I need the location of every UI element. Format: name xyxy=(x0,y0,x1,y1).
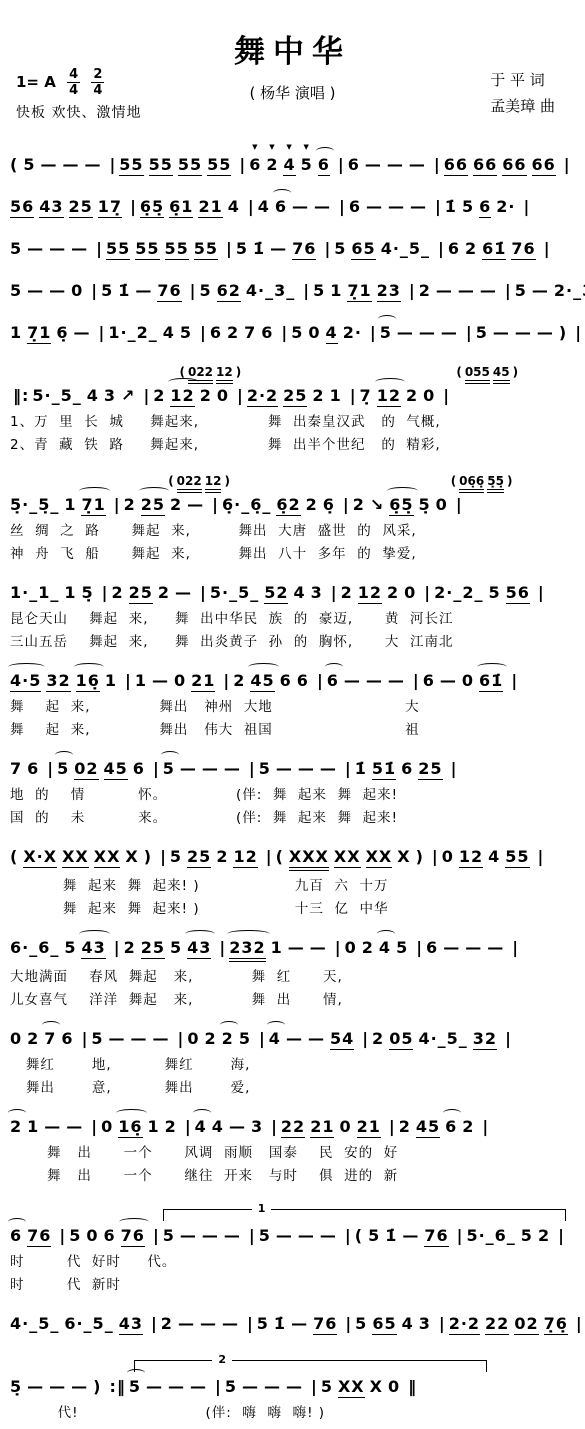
barline: | xyxy=(200,323,207,342)
music-line: 0276|5———|0225|4——54|2054·_5_32| xyxy=(10,1029,575,1050)
note: 12 xyxy=(233,847,257,868)
dash: — xyxy=(292,197,309,216)
note: 21 xyxy=(198,197,222,218)
barline: | xyxy=(350,386,357,405)
percussion-note: X xyxy=(125,847,138,866)
note: 06̣6̣ xyxy=(459,474,484,493)
lyric-line: 儿女喜气 洋洋 舞起 来, 舞 出 情, xyxy=(10,988,575,1008)
note: 0 xyxy=(217,386,229,405)
dash: — xyxy=(308,1029,325,1048)
barline: | xyxy=(439,1314,446,1333)
lyric-line: 2、青 藏 铁 路 舞起来, 舞 出半个世纪 的 精彩, xyxy=(10,433,575,453)
dash: — xyxy=(397,323,414,342)
note: 6 xyxy=(448,239,460,258)
note: 3 xyxy=(311,583,323,602)
barline: | xyxy=(125,671,132,690)
barline: | xyxy=(443,386,450,405)
note: 4 xyxy=(228,197,240,216)
note: 66 xyxy=(444,155,468,176)
barline: | xyxy=(239,155,246,174)
note: 23 xyxy=(377,281,401,302)
dash: — xyxy=(224,1226,241,1245)
note: 5 xyxy=(69,1226,81,1245)
note: 0 xyxy=(436,495,448,514)
note: 4 xyxy=(402,1314,414,1333)
note: 4·5 xyxy=(10,671,41,692)
note: 6 xyxy=(133,759,145,778)
lyric-line: 地 的 情 怀。 (伴: 舞 起来 舞 起来! xyxy=(10,783,575,803)
note: 7 xyxy=(10,759,22,778)
barline: | xyxy=(259,1029,266,1048)
note: 56 xyxy=(506,583,530,604)
note: 6 xyxy=(479,197,491,218)
barline: | xyxy=(435,197,442,216)
music-line: 5———|55555555|51̇—76|5654·_5_|6261̇76| xyxy=(10,239,575,260)
note: 43 xyxy=(119,1314,143,1335)
header: 舞中华 1= A 44 24 快板 欢快、激情地 ( 杨华 演唱 ) 于 平 词… xyxy=(10,6,575,134)
music-line: 676|50676|5———|5———|(51̇—76|5·_6_52| xyxy=(10,1226,575,1247)
note: 25 xyxy=(141,938,165,959)
music-line: 5̣·_5̣_17̣1|2252—|6̣·_6̣_6̣226̣|2↘6̣5̣5̣… xyxy=(10,495,575,516)
dash: — xyxy=(276,1226,293,1245)
note: 5 xyxy=(355,1314,367,1333)
note: 5 xyxy=(521,1226,533,1245)
dash: — xyxy=(180,1226,197,1245)
note: 2 xyxy=(306,495,318,514)
barline: | xyxy=(451,759,458,778)
note: 32 xyxy=(46,671,70,692)
note: ↗ xyxy=(121,386,135,405)
note: 4 xyxy=(212,1117,224,1136)
note: 5 xyxy=(380,323,392,342)
note: 0 xyxy=(462,671,474,690)
barline: | xyxy=(370,323,377,342)
music-line: 56432517̣|6̣5̣6̣1214|46——|6———|1̇562·| xyxy=(10,197,575,218)
note: 3 xyxy=(251,1117,263,1136)
note: 2 xyxy=(372,1029,384,1048)
tempo-marking: 快板 欢快、激情地 xyxy=(16,102,141,122)
note: 4 xyxy=(283,155,295,176)
barline: | xyxy=(271,1117,278,1136)
dash: — xyxy=(366,197,383,216)
note: 055 xyxy=(465,365,490,384)
note: ( xyxy=(10,847,18,866)
system: 4·_5_6·_5_43|2———|51̇—76|56543|2·222027̣… xyxy=(10,1314,575,1335)
note: 5 xyxy=(64,938,76,957)
note: 5 xyxy=(321,1377,333,1396)
note: 65 xyxy=(372,1314,396,1335)
note: 55 xyxy=(149,155,173,176)
note: 76 xyxy=(27,1226,51,1247)
note: 2 xyxy=(124,938,136,957)
note: 6̣2 xyxy=(276,495,300,516)
note: 6 xyxy=(275,197,287,216)
barline: | xyxy=(114,495,121,514)
note: 7 xyxy=(44,1029,56,1048)
note: 5 xyxy=(129,1377,141,1396)
note: 5̣ xyxy=(419,495,431,514)
dash: — xyxy=(131,1029,148,1048)
note: 4 xyxy=(293,583,305,602)
system: 1676|50676|5———|5———|(51̇—76|5·_6_52|时 代… xyxy=(10,1205,575,1293)
note: ( xyxy=(355,1226,363,1245)
lyric-line: 1、万 里 长 城 舞起来, 舞 出秦皇汉武 的 气概, xyxy=(10,410,575,430)
note: 76 xyxy=(157,281,181,302)
note: ) xyxy=(236,365,241,379)
note: 2 xyxy=(222,1029,234,1048)
lyricist-credit: 于 平 词 xyxy=(490,68,555,94)
dash: — xyxy=(276,759,293,778)
barline: | xyxy=(558,1226,565,1245)
note: 5·_5_ xyxy=(210,583,259,602)
dash: — xyxy=(202,1226,219,1245)
lyric-line: 时 代 新时 xyxy=(10,1273,575,1293)
barline: | xyxy=(438,239,445,258)
note: 2 xyxy=(233,671,245,690)
dash: — xyxy=(286,1029,303,1048)
barline: | xyxy=(482,1117,489,1136)
lyric-line: 舞 出 一个 风调 雨顺 国泰 民 安的 好 xyxy=(10,1141,575,1161)
percussion-note: XX xyxy=(94,847,121,868)
note: 45 xyxy=(416,1117,440,1138)
dash: — xyxy=(190,1377,207,1396)
barline: | xyxy=(362,1029,369,1048)
dash: — xyxy=(84,155,101,174)
barline: | xyxy=(153,1226,160,1245)
percussion-note: X xyxy=(370,1377,383,1396)
barline: | xyxy=(424,583,431,602)
dash: — xyxy=(443,938,460,957)
note: 5̣ xyxy=(10,1377,22,1396)
percussion-note: X xyxy=(397,847,410,866)
note: 5 xyxy=(163,1226,175,1245)
barline: | xyxy=(59,1226,66,1245)
dash: — xyxy=(388,671,405,690)
note: 6 xyxy=(318,155,330,176)
barline: | xyxy=(575,323,582,342)
note: ) xyxy=(93,1377,101,1396)
note: 66 xyxy=(532,155,556,176)
note: 5·_6_ xyxy=(466,1226,515,1245)
system: (5———|55555555|62456|6———|66666666| xyxy=(10,155,575,176)
note: 6 xyxy=(249,155,261,174)
barline: | xyxy=(505,1029,512,1048)
note: 12 xyxy=(459,847,483,868)
note: 12 xyxy=(377,386,401,407)
music-line: 6·_6_543|225543|2321——|0245|6———| xyxy=(10,938,575,962)
dash: — xyxy=(222,1314,239,1333)
note: 0 xyxy=(71,281,83,300)
note: 54 xyxy=(330,1029,354,1050)
note: 5 xyxy=(368,1226,380,1245)
barline: | xyxy=(338,155,345,174)
dash: — xyxy=(146,1377,163,1396)
note: 2· xyxy=(496,197,515,216)
barline: | xyxy=(212,495,219,514)
system: 21——|016̣12|44—3|2221021|24562| 舞 出 一个 风… xyxy=(10,1117,575,1184)
dash: — xyxy=(402,1226,419,1245)
meter-numerator: 2 xyxy=(91,68,104,83)
note: 2 xyxy=(216,847,228,866)
note: 5 xyxy=(10,239,22,258)
system: (02212)(05545)‖:5·_5_43↗|21220|2·22521|7… xyxy=(10,365,575,453)
note: 65 xyxy=(351,239,375,260)
barline: | xyxy=(248,197,255,216)
note: 5̣ xyxy=(81,583,93,602)
note: 2 xyxy=(200,386,212,405)
note: 25 xyxy=(141,495,165,516)
note: 16̣ xyxy=(118,1117,142,1138)
lyric-line: 舞 起 来, 舞出 伟大 祖国 祖 xyxy=(10,718,575,738)
note: 12 xyxy=(170,386,194,407)
note: 4·_3_ xyxy=(246,281,295,300)
barline: | xyxy=(249,759,256,778)
barline: | xyxy=(160,847,167,866)
dash: — xyxy=(40,155,57,174)
lyric-line: 丝 绸 之 路 舞起 来, 舞出 大唐 盛世 的 风采, xyxy=(10,519,575,539)
dash: — xyxy=(49,239,66,258)
dash: — xyxy=(153,1029,170,1048)
dash: — xyxy=(135,281,152,300)
system: 6·_6_543|225543|2321——|0245|6———|大地满面 春风… xyxy=(10,938,575,1008)
note: 21 xyxy=(357,1117,381,1138)
note: 6̣1 xyxy=(169,197,193,218)
percussion-note: XX xyxy=(366,847,393,868)
note: 6·_6_ xyxy=(10,938,59,957)
dash: — xyxy=(175,583,192,602)
note: 56 xyxy=(10,197,34,218)
barline: | xyxy=(345,1314,352,1333)
grace-annotation: (02212) xyxy=(168,474,233,493)
dash: — xyxy=(387,155,404,174)
note: 5 xyxy=(236,239,248,258)
note: 2 xyxy=(341,583,353,602)
system: (X·XXXXXX)|525212|(XXXXXXXX)|012455| 舞 起… xyxy=(10,847,575,917)
note: 4·_5_ xyxy=(381,239,430,258)
note: 2 xyxy=(10,1117,22,1136)
note: 0 xyxy=(345,938,357,957)
note: 6 xyxy=(104,1226,116,1245)
note: 0 xyxy=(101,1117,113,1136)
note: 2 xyxy=(312,386,324,405)
dash: — xyxy=(62,155,79,174)
note: 1 xyxy=(330,386,342,405)
note: 1 xyxy=(27,1117,39,1136)
note: 2 xyxy=(387,583,399,602)
barline: | xyxy=(466,323,473,342)
barline: | xyxy=(153,759,160,778)
note: 66 xyxy=(473,155,497,176)
note: 0 xyxy=(423,386,435,405)
note: 1̇ xyxy=(445,197,457,216)
barline: | xyxy=(96,239,103,258)
note: 0 xyxy=(339,1117,351,1136)
lyric-line: 代! (伴: 嗨 嗨 嗨! ) xyxy=(10,1401,575,1421)
note: 2 xyxy=(27,1029,39,1048)
barline: | xyxy=(324,239,331,258)
dash: — xyxy=(109,1029,126,1048)
note: 1 xyxy=(271,938,283,957)
note: 2 xyxy=(158,583,170,602)
dash: — xyxy=(410,197,427,216)
note: 02 xyxy=(514,1314,538,1335)
barline: | xyxy=(47,759,54,778)
song-title: 舞中华 xyxy=(10,6,575,71)
note: 2·_3_ xyxy=(554,281,585,300)
barline: | xyxy=(339,197,346,216)
note: 022 xyxy=(177,474,202,493)
dash: — xyxy=(242,1377,259,1396)
note: 2 xyxy=(362,938,374,957)
dash: — xyxy=(419,323,436,342)
note: 2 xyxy=(111,583,123,602)
note: 5 xyxy=(239,1029,251,1048)
barline: | xyxy=(190,281,197,300)
note: 17̣ xyxy=(98,197,122,218)
note: 3 xyxy=(419,1314,431,1333)
barline: | xyxy=(185,1117,192,1136)
dash: — xyxy=(365,155,382,174)
note: 5 xyxy=(101,281,113,300)
note: 4 xyxy=(326,323,338,344)
note: 6 xyxy=(445,1117,457,1136)
note: 2 xyxy=(406,386,418,405)
note: 2 xyxy=(538,1226,550,1245)
music-line: 4·53216̣1|1—021|24566|6———|6—061̇| xyxy=(10,671,575,692)
note: 45 xyxy=(493,365,510,384)
note: 6̣5̣ xyxy=(389,495,413,516)
note: 22 xyxy=(485,1314,509,1335)
barline: | xyxy=(249,1226,256,1245)
note: 1 xyxy=(64,495,76,514)
note: 0 xyxy=(10,1029,22,1048)
note: 2 xyxy=(153,386,165,405)
note: 2 xyxy=(465,239,477,258)
note: 4·_5_ xyxy=(418,1029,467,1048)
note: 5 xyxy=(10,281,22,300)
volta-number: 2 xyxy=(212,1353,232,1366)
note: 5 xyxy=(170,938,182,957)
note: 55 xyxy=(178,155,202,176)
barline: | xyxy=(413,671,420,690)
lyric-line: 舞 起来 舞 起来! ) 九百 六 十万 xyxy=(10,874,575,894)
note: 5 xyxy=(313,281,325,300)
note: 2 xyxy=(227,323,239,342)
lyric-line: 舞 起 来, 舞出 神州 大地 大 xyxy=(10,695,575,715)
note: 6 xyxy=(61,1029,73,1048)
note: ) xyxy=(559,323,567,342)
note: 2 xyxy=(462,1117,474,1136)
lyric-line: 时 代 好时 代。 xyxy=(10,1250,575,1270)
note: ↘ xyxy=(370,495,384,514)
note: 55 xyxy=(135,239,159,260)
note: 5 xyxy=(291,323,303,342)
barline: | xyxy=(331,583,338,602)
note: 5 xyxy=(462,197,474,216)
note: 3 xyxy=(104,386,116,405)
barline: | xyxy=(102,583,109,602)
dash: — xyxy=(440,671,457,690)
note: 1̇ xyxy=(385,1226,397,1245)
barline: | xyxy=(114,938,121,957)
note: 43 xyxy=(81,938,105,959)
dash: — xyxy=(298,759,315,778)
dash: — xyxy=(71,239,88,258)
note: 5 xyxy=(180,323,192,342)
percussion-note: XX xyxy=(338,1377,365,1398)
barline: | xyxy=(130,197,137,216)
barline: | xyxy=(456,495,463,514)
note: 51̇ xyxy=(372,759,396,780)
note: 6̣ xyxy=(56,323,68,342)
note: 76 xyxy=(121,1226,145,1247)
note: ( xyxy=(456,365,461,379)
note: 5 xyxy=(476,323,488,342)
dash: — xyxy=(180,759,197,778)
note: 43 xyxy=(187,938,211,959)
note: 5 xyxy=(301,155,313,174)
note: 2 xyxy=(419,281,431,300)
barline: | xyxy=(538,583,545,602)
barline: | xyxy=(538,847,545,866)
note: 4 xyxy=(379,938,391,957)
dash: — xyxy=(27,239,44,258)
note: 6 xyxy=(27,759,39,778)
music-line: 76|502456|5———|5———|1̇51̇625| xyxy=(10,759,575,780)
system: 25̣———):‖5———|5———|5XXX0‖ 代! (伴: 嗨 嗨 嗨! … xyxy=(10,1356,575,1421)
note: 2 xyxy=(266,155,278,174)
note: 22 xyxy=(281,1117,305,1138)
barline: | xyxy=(215,1377,222,1396)
note: 2·_2_ xyxy=(434,583,483,602)
dash: — xyxy=(229,1117,246,1136)
barline: | xyxy=(389,1117,396,1136)
note: 6 xyxy=(349,197,361,216)
note: 4 xyxy=(488,847,500,866)
system: (02212)(06̣6̣5̣5̣)5̣·_5̣_17̣1|2252—|6̣·_… xyxy=(10,474,575,562)
barline: | xyxy=(409,281,416,300)
note: 2 xyxy=(165,1117,177,1136)
barline: | xyxy=(200,583,207,602)
note: 25 xyxy=(129,583,153,604)
percussion-note: X·X xyxy=(23,847,57,868)
note: 1 xyxy=(148,1117,160,1136)
note: 7̣1 xyxy=(347,281,371,302)
barline: | xyxy=(434,155,441,174)
barline: ‖: xyxy=(13,386,29,405)
note: 2 xyxy=(170,495,182,514)
dash: — xyxy=(200,1314,217,1333)
dash: — xyxy=(458,281,475,300)
dash: — xyxy=(187,495,204,514)
dash: — xyxy=(291,1314,308,1333)
note: 12 xyxy=(358,583,382,604)
note: 6̣ xyxy=(323,495,335,514)
barline: | xyxy=(335,938,342,957)
note: 2 xyxy=(353,495,365,514)
dash: — xyxy=(178,1314,195,1333)
barline: | xyxy=(237,386,244,405)
note: 55 xyxy=(106,239,130,260)
barline: | xyxy=(457,1226,464,1245)
dash: — xyxy=(314,197,331,216)
note: 0 xyxy=(388,1377,400,1396)
note: 25 xyxy=(187,847,211,868)
system: 76|502456|5———|5———|1̇51̇625|地 的 情 怀。 (伴… xyxy=(10,759,575,826)
note: 1 xyxy=(330,281,342,300)
note: 25 xyxy=(283,386,307,407)
note: 2 xyxy=(161,1314,173,1333)
